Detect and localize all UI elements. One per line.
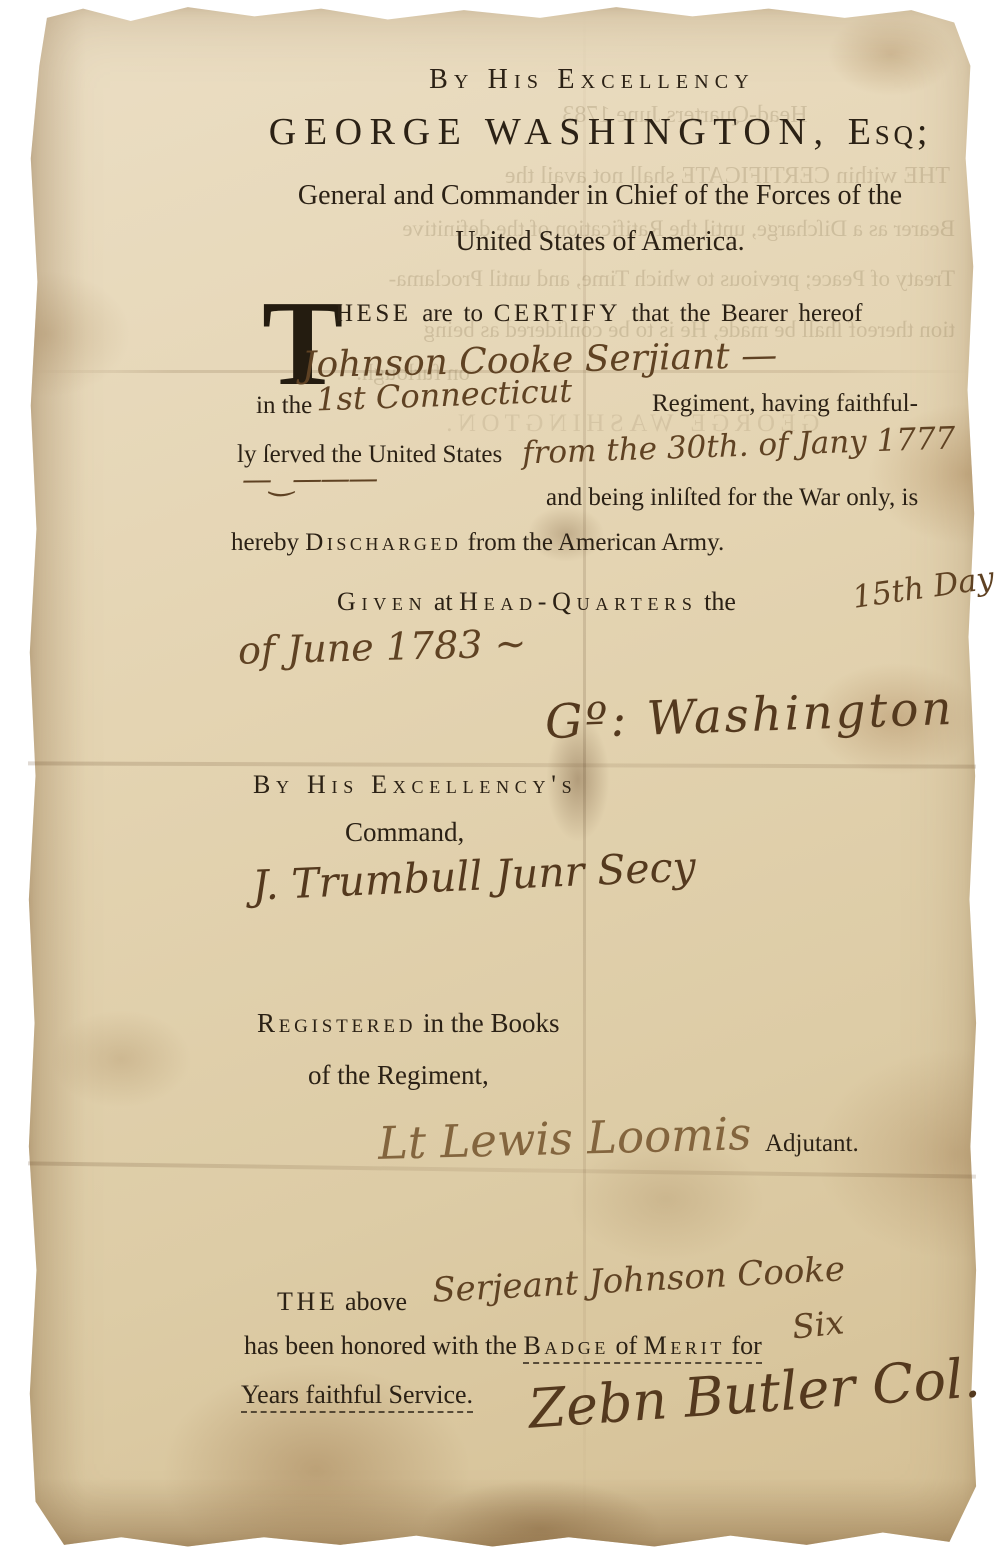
header-name-line: GEORGE WASHINGTON, Esq; (235, 110, 965, 154)
registered-text: Registered (257, 1008, 416, 1038)
document-page: Head-Quarters June 1783 THE within CERTI… (0, 0, 999, 1551)
years-service-text: Years faithful Service. (241, 1380, 473, 1410)
badge-merit-line: has been honored with the Badge of Merit… (244, 1331, 762, 1361)
header-commander-line: General and Commander in Chief of the Fo… (235, 180, 965, 212)
given-line: Given at Head-Quarters the (337, 587, 736, 617)
adjutant-signature: Lt Lewis Loomis (377, 1107, 752, 1170)
handwritten-dash: —‿——— (242, 461, 376, 497)
merit-text: Merit (644, 1331, 725, 1360)
certify-word-text: CERTIFY (494, 300, 621, 327)
in-books-text: in the Books (416, 1008, 559, 1038)
discharged-line: hereby Discharged from the American Army… (231, 529, 724, 557)
these-text: HESE (335, 300, 412, 327)
at-text: at (427, 587, 459, 616)
of-regiment-text: of the Regiment, (308, 1060, 489, 1091)
header-states-line: United States of America. (235, 226, 965, 258)
given-text: Given (337, 587, 427, 616)
for-text: for (725, 1331, 762, 1360)
war-only-text: and being inliſted for the War only, is (546, 484, 918, 512)
by-excellencys-text: By His Excellency's (253, 770, 577, 800)
certify-line: HESE are to CERTIFY that the Bearer here… (335, 300, 862, 328)
date-handwritten: of June 1783 ~ (237, 621, 526, 673)
discharged-text: Discharged (305, 529, 461, 556)
registered-line: Registered in the Books (257, 1008, 560, 1039)
excellency-text: By His Excellency (429, 64, 755, 95)
esq-text: Esq; (848, 111, 931, 153)
are-to-text: are to (412, 300, 494, 327)
the-above-line: THE above (277, 1287, 407, 1317)
of-text: of (609, 1331, 644, 1360)
commander-text: General and Commander in Chief of the Fo… (298, 180, 902, 211)
bearer-rest-text: that the Bearer hereof (621, 300, 863, 327)
ghost-verso-line-4: Treaty of Peace; previous to which Time,… (240, 266, 955, 292)
from-army-text: from the American Army. (461, 529, 724, 556)
the-text: the (698, 587, 736, 616)
states-text: United States of America. (455, 226, 744, 257)
washington-name-text: GEORGE WASHINGTON, (269, 111, 831, 153)
the-badge-text: THE (277, 1287, 338, 1316)
head-quarters-text: Head-Quarters (459, 587, 698, 616)
header-excellency-line: By His Excellency (302, 64, 882, 96)
years-text: Years faithful Service. (241, 1380, 473, 1413)
six-handwritten: Six (790, 1302, 846, 1346)
hereby-text: hereby (231, 529, 305, 556)
adjutant-text: Adjutant. (765, 1130, 859, 1158)
command-text: Command, (345, 817, 464, 848)
honored-text: has been honored with the (244, 1331, 523, 1360)
in-the-text: in the (256, 392, 312, 420)
badge-text: Badge (523, 1331, 609, 1360)
regiment-rest-text: Regiment, having faithful- (652, 390, 918, 418)
above-text: above (338, 1287, 407, 1316)
